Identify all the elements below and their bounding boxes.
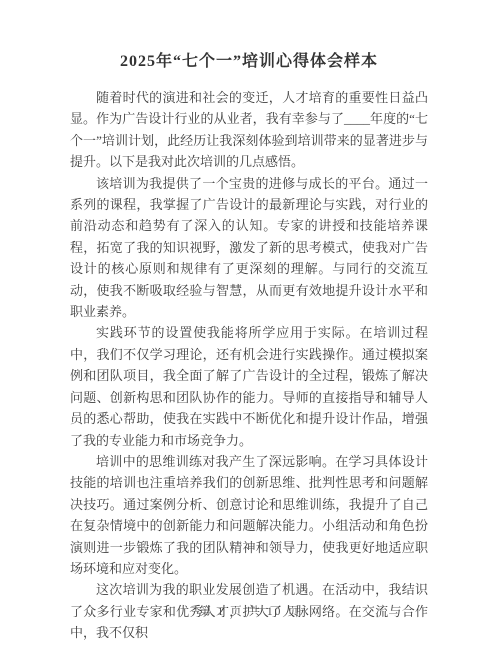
paragraph-practice: 实践环节的设置使我能将所学应用于实际。在培训过程中，我们不仅学习理论，还有机会进… xyxy=(70,322,428,450)
document-body: 随着时代的演进和社会的变迁，人才培育的重要性日益凸显。作为广告设计行业的从业者，… xyxy=(70,87,428,644)
paragraph-intro: 随着时代的演进和社会的变迁，人才培育的重要性日益凸显。作为广告设计行业的从业者，… xyxy=(70,87,428,173)
paragraph-thinking: 培训中的思维训练对我产生了深远影响。在学习具体设计技能的培训也注重培养我们的创新… xyxy=(70,451,428,579)
document-page: 2025年“七个一”培训心得体会样本 随着时代的演进和社会的变迁，人才培育的重要… xyxy=(0,0,500,647)
paragraph-platform: 该培训为我提供了一个宝贵的进修与成长的平台。通过一系列的课程，我掌握了广告设计的… xyxy=(70,173,428,323)
document-title: 2025年“七个一”培训心得体会样本 xyxy=(70,50,428,74)
page-number-footer: 第 1 页 共 10 页 xyxy=(0,603,500,619)
